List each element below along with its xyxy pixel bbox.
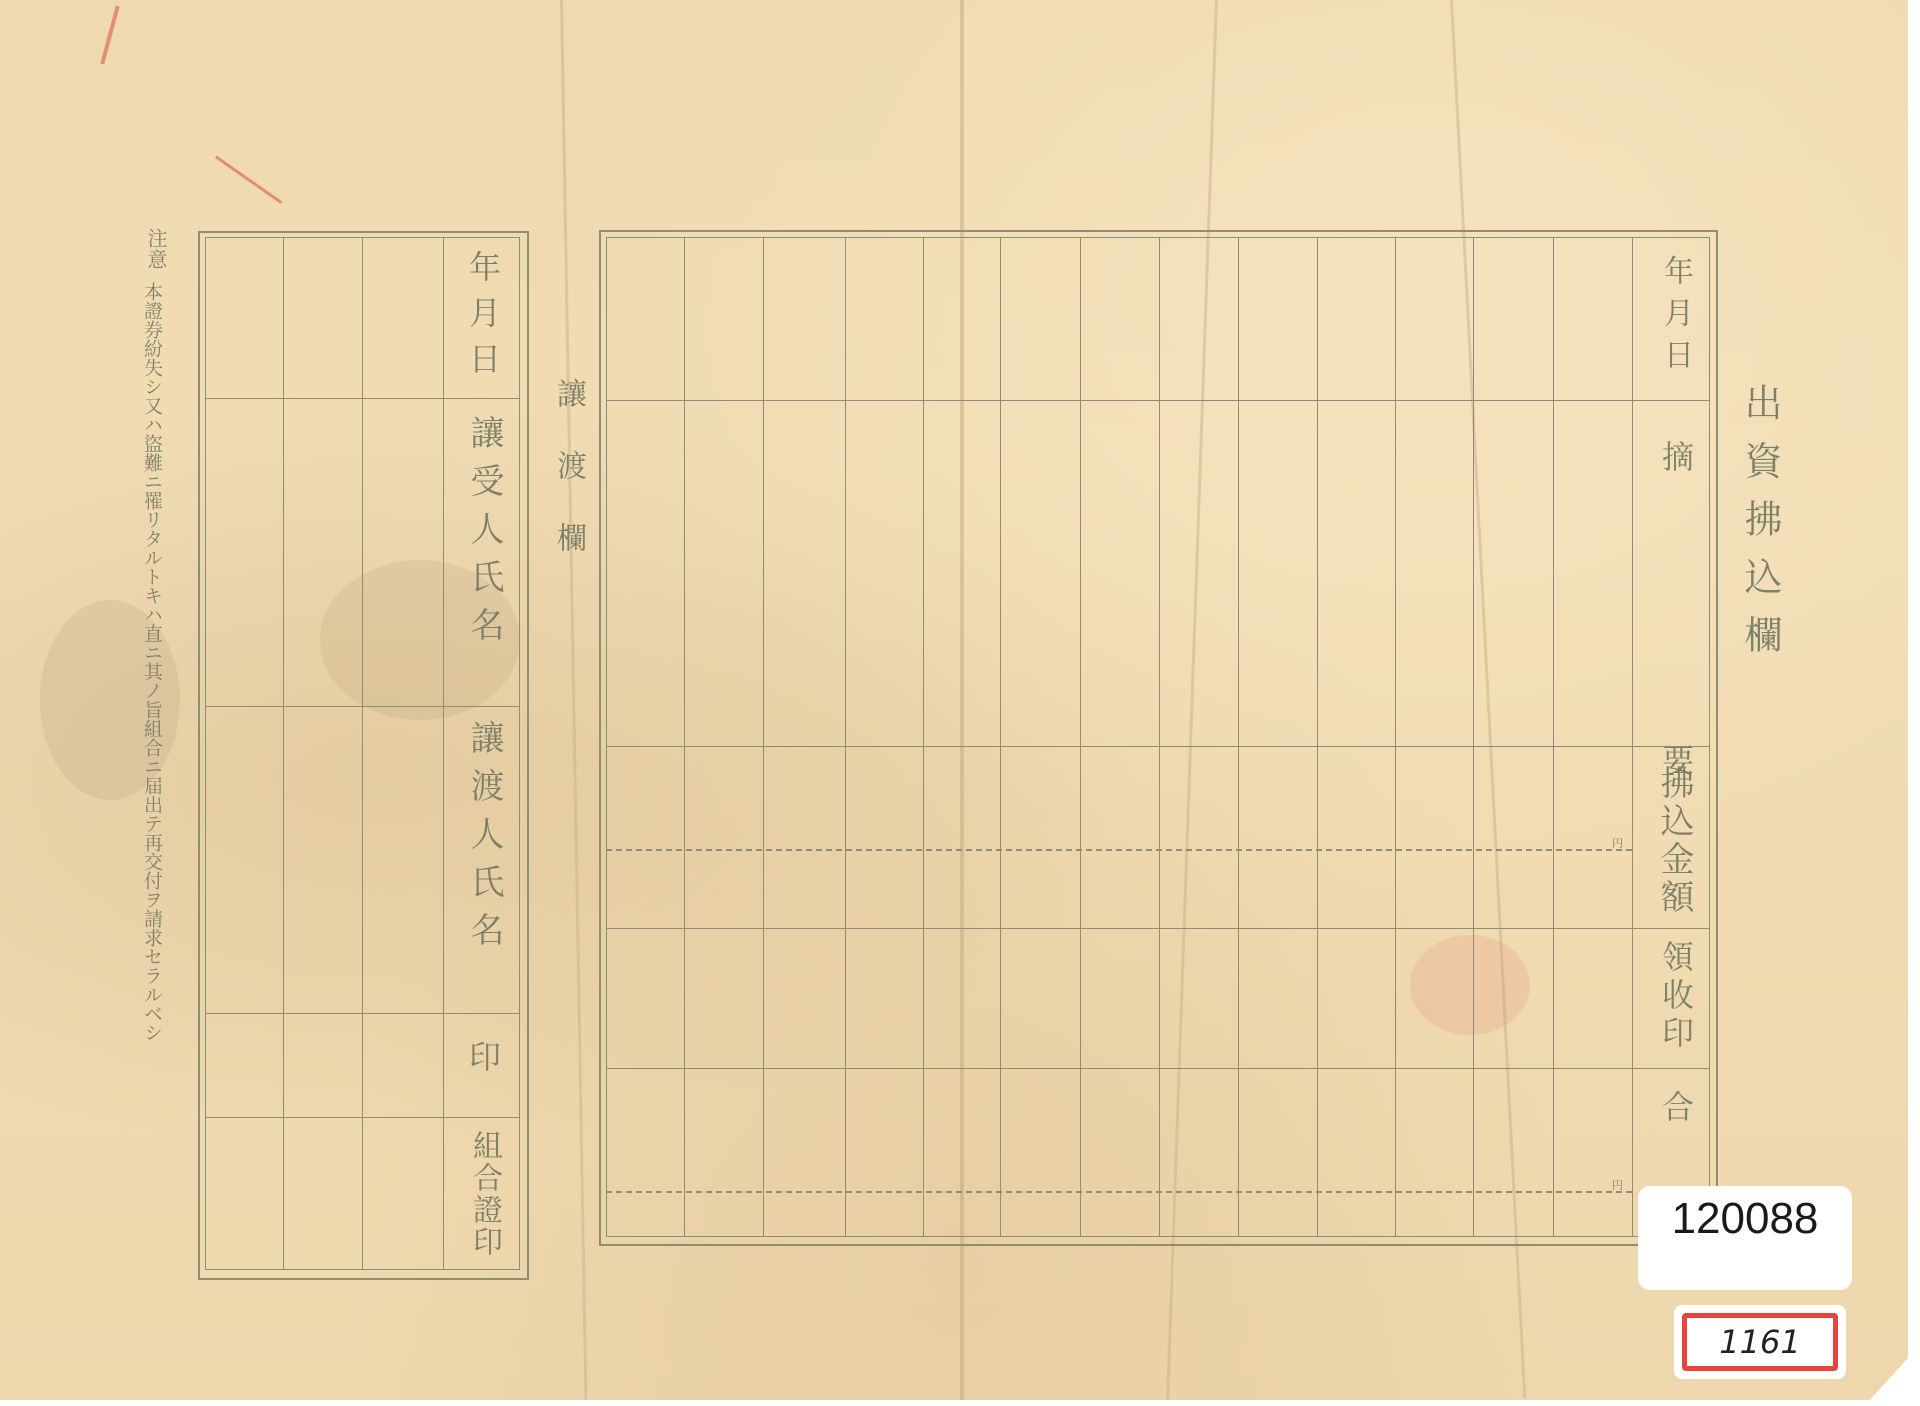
notice-label: 注意	[142, 228, 171, 270]
document-paper: 注意 本證券紛失シ又ハ盜難ニ罹リタルトキハ直ニ其ノ旨組合ニ届出テ再交付ヲ請求セラ…	[0, 0, 1908, 1400]
transfer-header-transferor: 讓渡人氏名	[460, 720, 509, 960]
catalog-id-sticker: 120088	[1638, 1186, 1852, 1290]
handwritten-number-sticker: 1161	[1674, 1305, 1846, 1379]
transfer-entry-column-2[interactable]	[284, 238, 361, 1268]
payment-entry-columns[interactable]	[607, 238, 1631, 1235]
payment-header-match: 合	[1653, 1090, 1699, 1122]
grid-line	[443, 237, 444, 1269]
payment-header-receipt-seal: 領收印	[1653, 940, 1699, 1054]
red-pencil-mark	[100, 6, 119, 65]
transfer-header-transferee: 讓受人氏名	[460, 415, 509, 655]
payment-header-amount: 拂込金額	[1650, 765, 1699, 917]
transfer-entry-column-3[interactable]	[363, 238, 442, 1268]
transfer-header-date: 年月日	[460, 250, 506, 388]
notice-text: 本證券紛失シ又ハ盜難ニ罹リタルトキハ直ニ其ノ旨組合ニ届出テ再交付ヲ請求セラルベシ	[142, 282, 161, 1042]
crease	[560, 0, 587, 1400]
payment-section-title: 出資拂込欄	[1733, 383, 1788, 673]
transfer-header-seal: 印	[460, 1040, 506, 1072]
handwritten-number: 1161	[1719, 1323, 1800, 1361]
grid-line	[1632, 237, 1633, 1236]
transfer-header-union-seal: 組合證印	[462, 1130, 506, 1258]
transfer-section-title: 讓渡欄	[546, 378, 590, 594]
transfer-entry-column-1[interactable]	[206, 238, 282, 1268]
red-frame: 1161	[1682, 1313, 1838, 1371]
payment-header-date: 年月日	[1653, 255, 1697, 381]
red-pencil-mark	[215, 156, 282, 204]
catalog-id: 120088	[1672, 1194, 1819, 1290]
